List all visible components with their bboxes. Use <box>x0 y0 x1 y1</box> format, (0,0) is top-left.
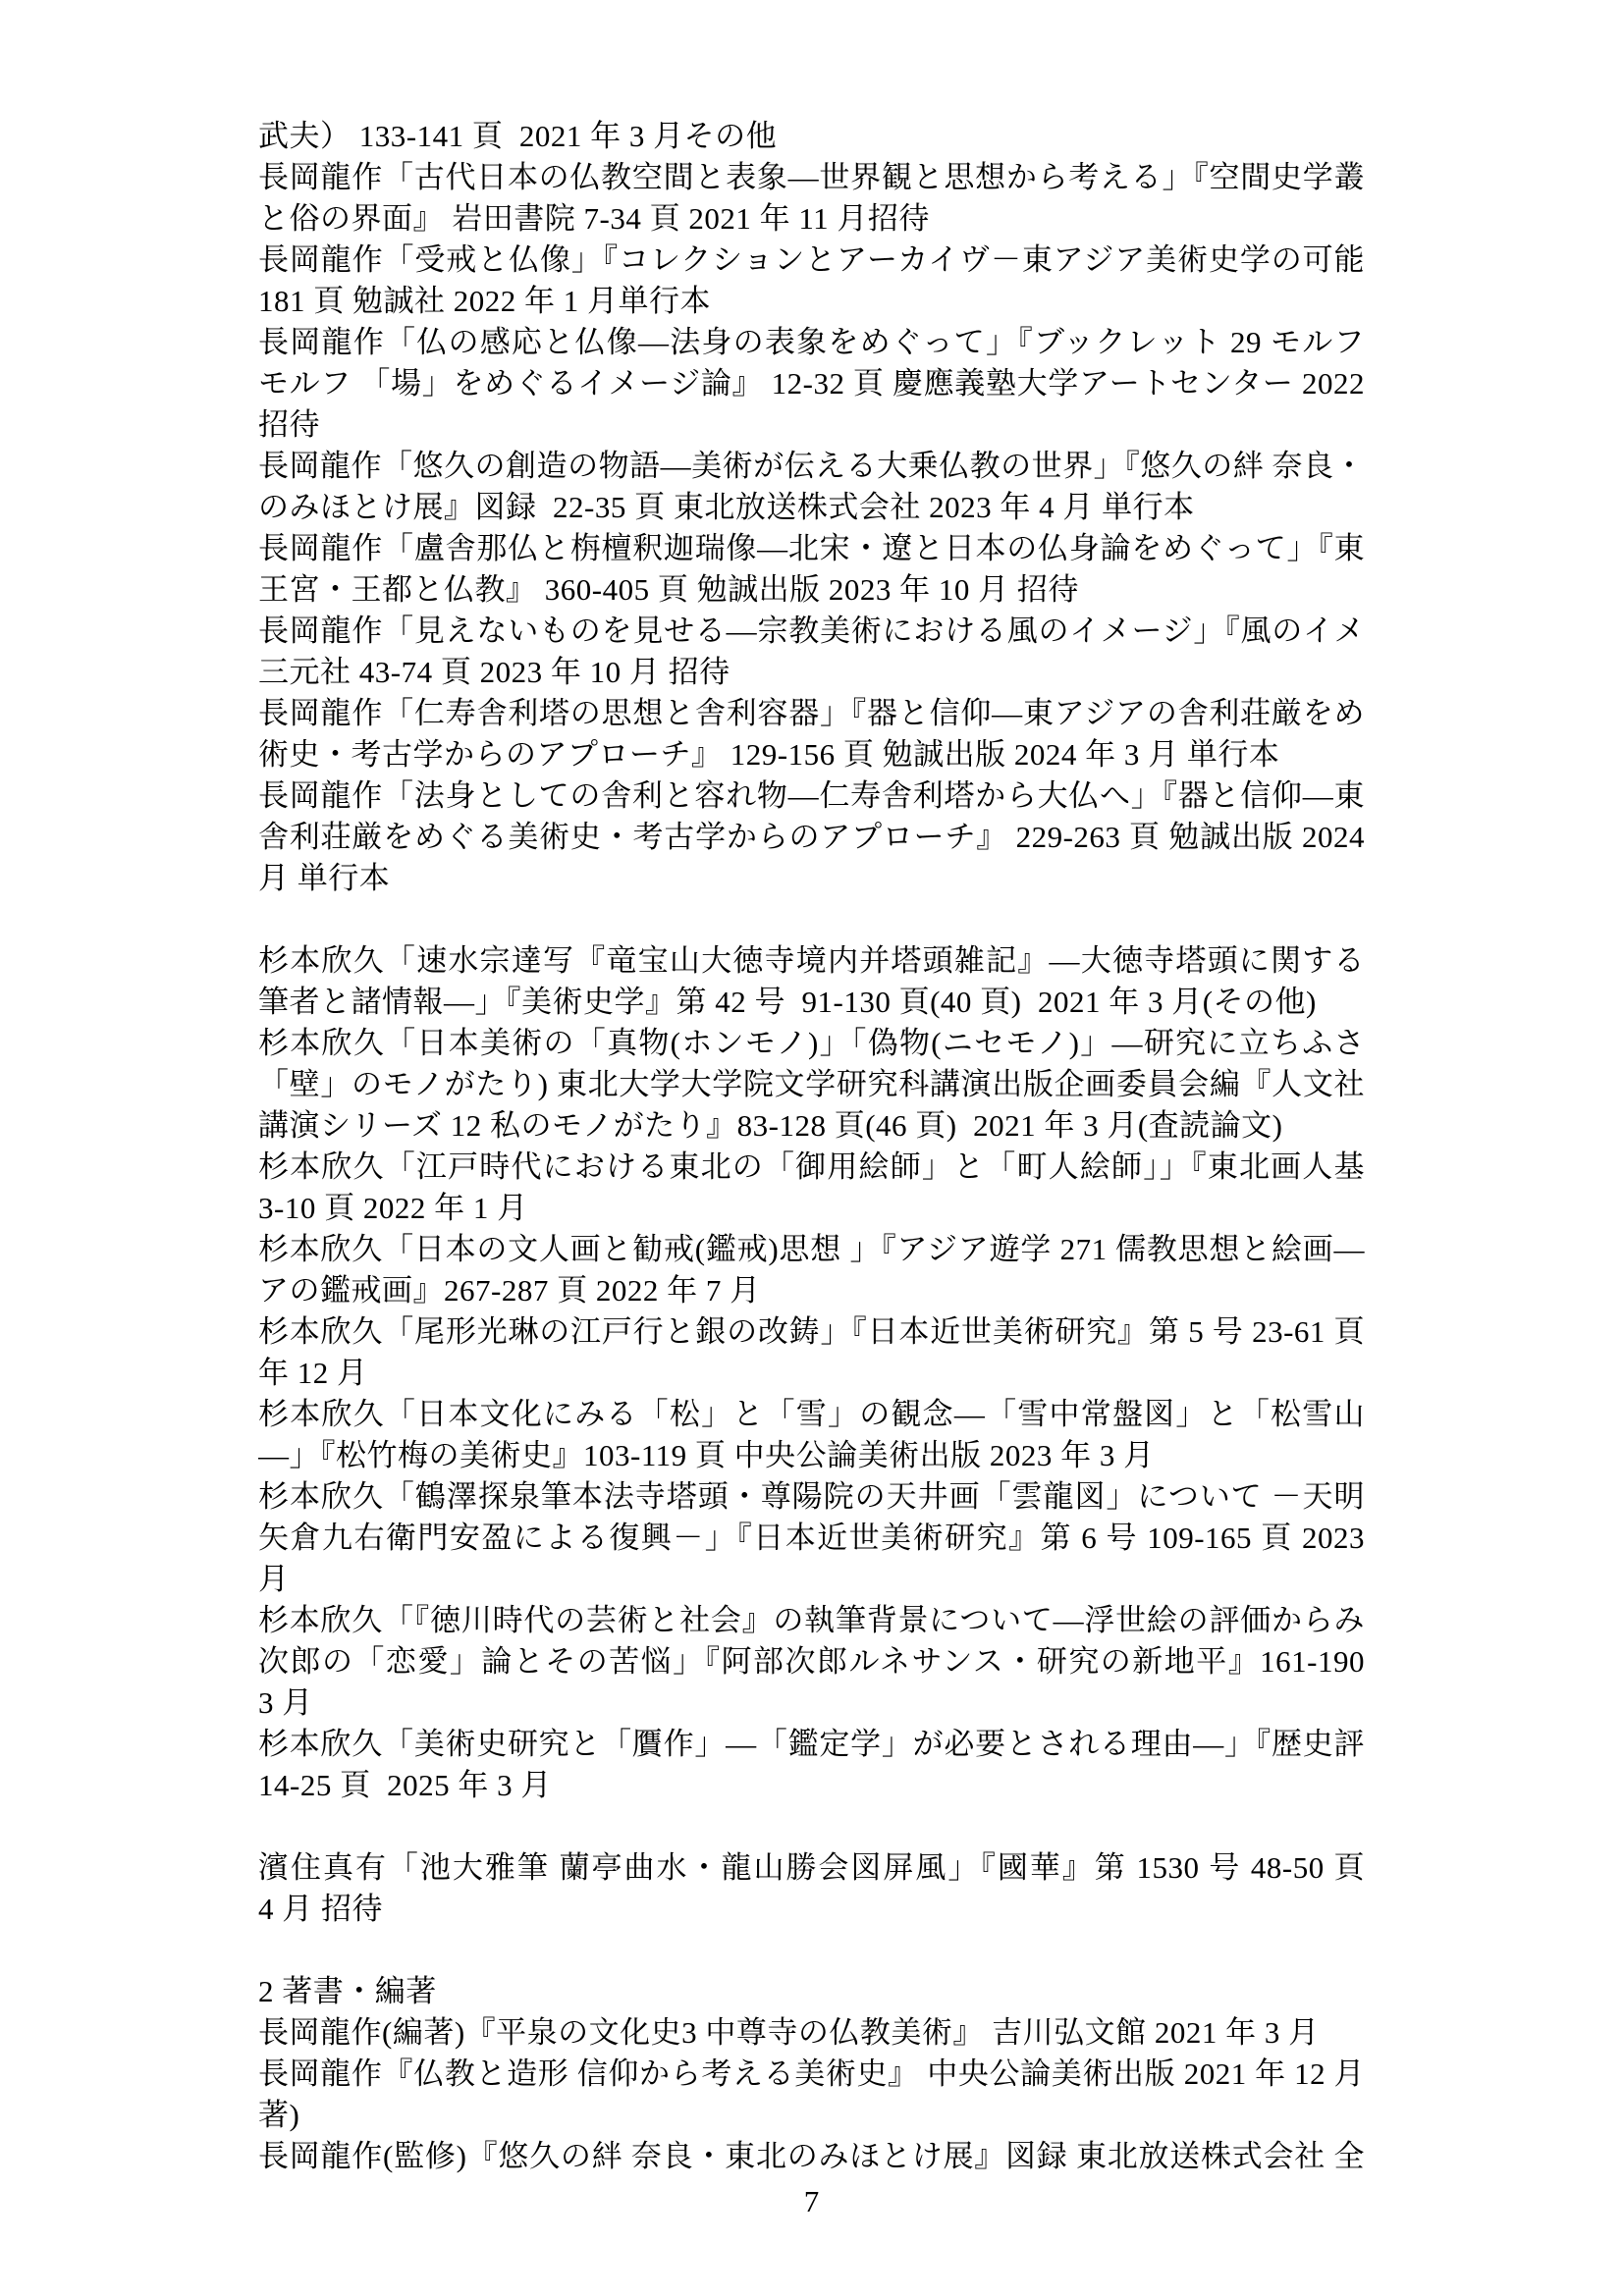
publication-line: 長岡龍作(編著)『平泉の文化史3 中尊寺の仏教美術』 吉川弘文館 2021 年 … <box>258 2012 1365 2054</box>
publications-list: 武夫） 133-141 頁 2021 年 3 月その他 長岡龍作「古代日本の仏教… <box>258 116 1365 2177</box>
publication-line: 年 12 月 <box>258 1353 1365 1394</box>
publication-line: 3-10 頁 2022 年 1 月 <box>258 1188 1365 1229</box>
publication-line: 181 頁 勉誠社 2022 年 1 月単行本 <box>258 281 1365 322</box>
publication-line: 3 月 <box>258 1682 1365 1724</box>
publication-line: のみほとけ展』図録 22-35 頁 東北放送株式会社 2023 年 4 月 単行… <box>258 487 1365 528</box>
publication-line: 招待 <box>258 404 1365 446</box>
publication-line: 著) <box>258 2095 1365 2136</box>
publication-line: 長岡龍作「古代日本の仏教空間と表象―世界観と思想から考える」『空間史学叢書4 聖 <box>258 157 1365 198</box>
publication-line: 王宮・王都と仏教』 360-405 頁 勉誠出版 2023 年 10 月 招待 <box>258 569 1365 611</box>
publication-line: 長岡龍作「受戒と仏像」『コレクションとアーカイヴ－東アジア美術史学の可能性』 1… <box>258 240 1365 281</box>
publication-line: 杉本欣久「尾形光琳の江戸行と銀の改鋳」『日本近世美術研究』第 5 号 23-61… <box>258 1311 1365 1353</box>
publication-line: 濱住真有「池大雅筆 蘭亭曲水・龍山勝会図屏風」『國華』第 1530 号 48-5… <box>258 1847 1365 1889</box>
publication-line: 月 <box>258 1559 1365 1600</box>
publication-line: 杉本欣久「『徳川時代の芸術と社会』の執筆背景について―浮世絵の評価からみる阿部 <box>258 1600 1365 1641</box>
publication-line: 矢倉九右衛門安盈による復興－」『日本近世美術研究』第 6 号 109-165 頁… <box>258 1518 1365 1559</box>
publication-line: 杉本欣久「鶴澤探泉筆本法寺塔頭・尊陽院の天井画「雲龍図」について －天明の大火と <box>258 1476 1365 1518</box>
publication-line: 「壁」のモノがたり) 東北大学大学院文学研究科講演出版企画委員会編『人文社会科学 <box>258 1064 1365 1105</box>
publication-line: 長岡龍作「見えないものを見せる―宗教美術における風のイメージ」『風のイメージ世界… <box>258 611 1365 652</box>
publication-line: 長岡龍作『仏教と造形 信仰から考える美術史』 中央公論美術出版 2021 年 1… <box>258 2054 1365 2095</box>
publication-line: 月 単行本 <box>258 858 1365 899</box>
publication-line: 長岡龍作「仏の感応と仏像―法身の表象をめぐって」『ブックレット 29 モルフ／ア… <box>258 322 1365 363</box>
publication-line: 筆者と諸情報―」『美術史学』第 42 号 91-130 頁(40 頁) 2021… <box>258 982 1365 1023</box>
publication-line: 杉本欣久「江戸時代における東北の「御用絵師」と「町人絵師」」『東北画人基礎資料集… <box>258 1147 1365 1188</box>
blank-line <box>258 1806 1365 1847</box>
publication-line: 武夫） 133-141 頁 2021 年 3 月その他 <box>258 116 1365 157</box>
publication-line: 三元社 43-74 頁 2023 年 10 月 招待 <box>258 652 1365 693</box>
page-number: 7 <box>0 2181 1623 2222</box>
publication-line: 杉本欣久「日本文化にみる「松」と「雪」の観念―「雪中常盤図」と「松雪山房図」を中… <box>258 1394 1365 1435</box>
blank-line <box>258 899 1365 940</box>
publication-line: 杉本欣久「日本の文人画と勧戒(鑑戒)思想 」『アジア遊学 271 儒教思想と絵画… <box>258 1229 1365 1270</box>
publication-line: 長岡龍作「法身としての舎利と容れ物―仁寿舎利塔から大仏へ」『器と信仰―東アジアの <box>258 775 1365 817</box>
publication-line: 長岡龍作「仁寿舎利塔の思想と舎利容器」『器と信仰―東アジアの舎利荘厳をめぐる美 <box>258 693 1365 734</box>
publication-line: 杉本欣久「日本美術の「真物(ホンモノ)」「偽物(ニセモノ)」―研究に立ちふさがる… <box>258 1023 1365 1064</box>
publication-line: 長岡龍作「盧舎那仏と栴檀釈迦瑞像―北宋・遼と日本の仏身論をめぐって」『東アジアの <box>258 528 1365 569</box>
publication-line: 杉本欣久「速水宗達写『竜宝山大徳寺境内并塔頭雑記』―大徳寺塔頭に関する絵画の <box>258 940 1365 982</box>
publication-line: 長岡龍作「悠久の創造の物語―美術が伝える大乗仏教の世界」『悠久の絆 奈良・東北 <box>258 446 1365 487</box>
document-page: 武夫） 133-141 頁 2021 年 3 月その他 長岡龍作「古代日本の仏教… <box>0 0 1623 2296</box>
publication-line: 長岡龍作(監修)『悠久の絆 奈良・東北のみほとけ展』図録 東北放送株式会社 全 … <box>258 2136 1365 2177</box>
publication-line: 杉本欣久「美術史研究と「贋作」―「鑑定学」が必要とされる理由―」『歴史評論』第8… <box>258 1724 1365 1765</box>
publication-line: 舎利荘厳をめぐる美術史・考古学からのアプローチ』 229-263 頁 勉誠出版 … <box>258 817 1365 858</box>
section-heading-books: 2 著書・編著 <box>258 1971 1365 2012</box>
publication-line: モルフ 「場」をめぐるイメージ論』 12-32 頁 慶應義塾大学アートセンター … <box>258 363 1365 404</box>
blank-line <box>258 1930 1365 1971</box>
publication-line: と俗の界面』 岩田書院 7-34 頁 2021 年 11 月招待 <box>258 198 1365 240</box>
publication-line: 術史・考古学からのアプローチ』 129-156 頁 勉誠出版 2024 年 3 … <box>258 734 1365 775</box>
publication-line: 次郎の「恋愛」論とその苦悩」『阿部次郎ルネサンス・研究の新地平』161-190 … <box>258 1641 1365 1682</box>
publication-line: ―」『松竹梅の美術史』103-119 頁 中央公論美術出版 2023 年 3 月 <box>258 1435 1365 1476</box>
publication-line: 4 月 招待 <box>258 1889 1365 1930</box>
publication-line: 14-25 頁 2025 年 3 月 <box>258 1765 1365 1806</box>
publication-line: 講演シリーズ 12 私のモノがたり』83‐128 頁(46 頁) 2021 年 … <box>258 1105 1365 1147</box>
publication-line: アの鑑戒画』267-287 頁 2022 年 7 月 <box>258 1270 1365 1311</box>
